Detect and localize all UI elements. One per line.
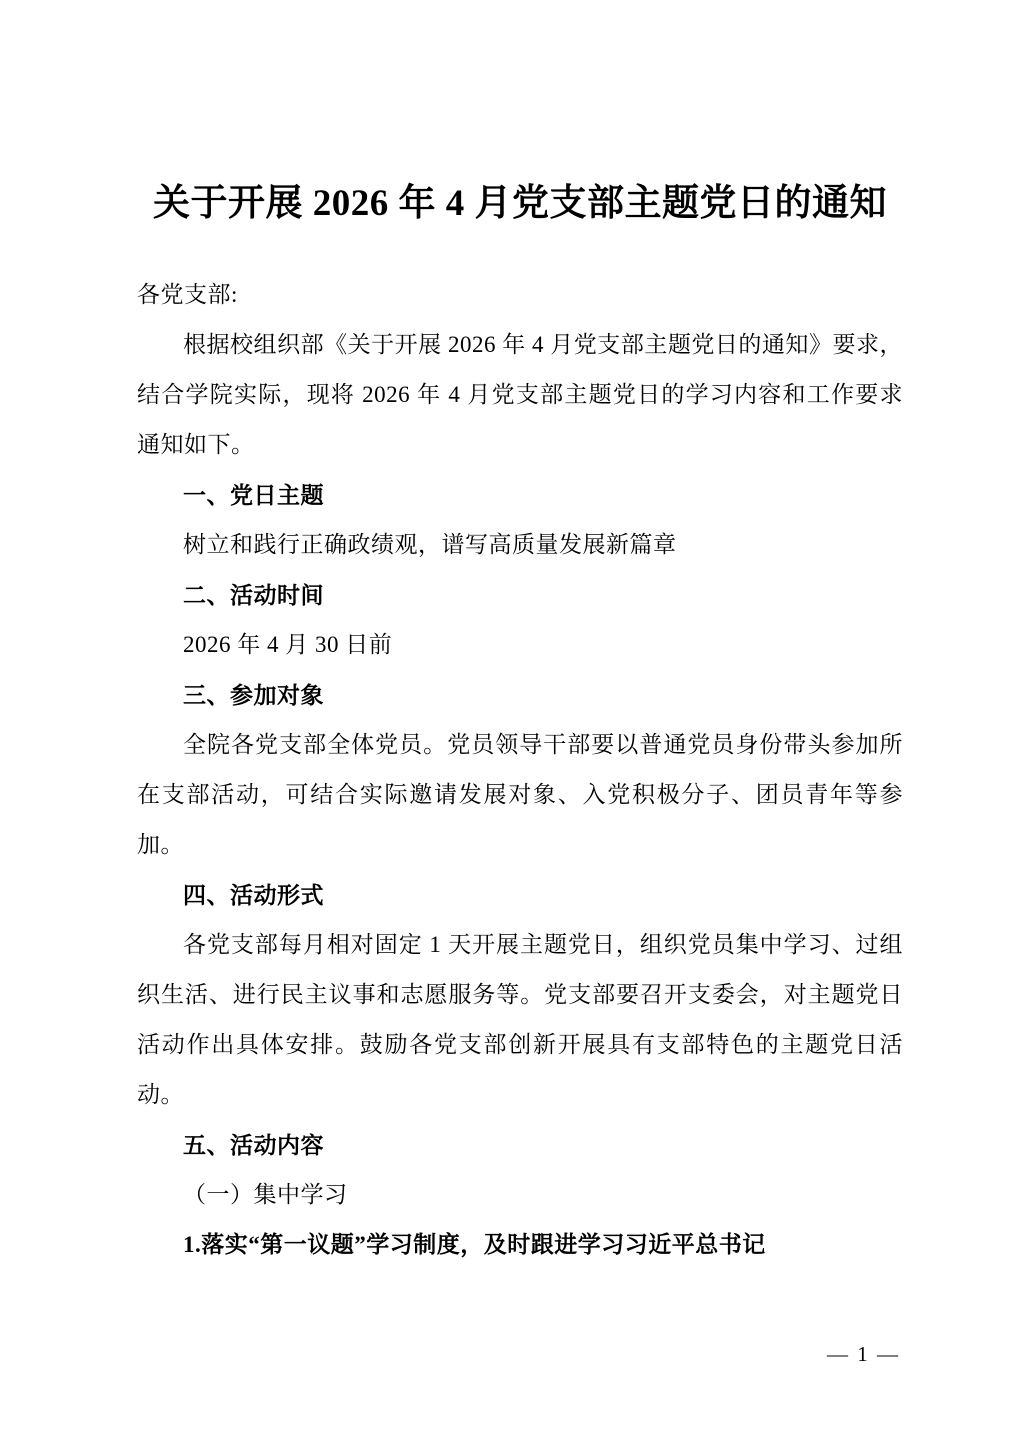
section-3-heading: 三、参加对象	[137, 670, 903, 720]
section-2-heading: 二、活动时间	[137, 570, 903, 620]
section-5-heading: 五、活动内容	[137, 1120, 903, 1170]
page-number: — 1 —	[827, 1340, 900, 1368]
section-5-subheading: （一）集中学习	[137, 1170, 903, 1220]
section-3-body: 全院各党支部全体党员。党员领导干部要以普通党员身份带头参加所在支部活动，可结合实…	[137, 720, 903, 870]
section-1-heading: 一、党日主题	[137, 470, 903, 520]
section-2-body: 2026 年 4 月 30 日前	[137, 620, 903, 670]
intro-paragraph: 根据校组织部《关于开展 2026 年 4 月党支部主题党日的通知》要求，结合学院…	[137, 320, 903, 470]
document-title: 关于开展 2026 年 4 月党支部主题党日的通知	[137, 180, 903, 228]
section-4-heading: 四、活动形式	[137, 870, 903, 920]
section-4-body: 各党支部每月相对固定 1 天开展主题党日，组织党员集中学习、过组织生活、进行民主…	[137, 920, 903, 1120]
document-page: 关于开展 2026 年 4 月党支部主题党日的通知 各党支部: 根据校组织部《关…	[0, 0, 1024, 1448]
section-5-item-1: 1.落实“第一议题”学习制度，及时跟进学习习近平总书记	[137, 1220, 903, 1270]
section-1-body: 树立和践行正确政绩观，谱写高质量发展新篇章	[137, 520, 903, 570]
document-content: 关于开展 2026 年 4 月党支部主题党日的通知 各党支部: 根据校组织部《关…	[137, 180, 903, 1270]
salutation: 各党支部:	[137, 270, 903, 320]
